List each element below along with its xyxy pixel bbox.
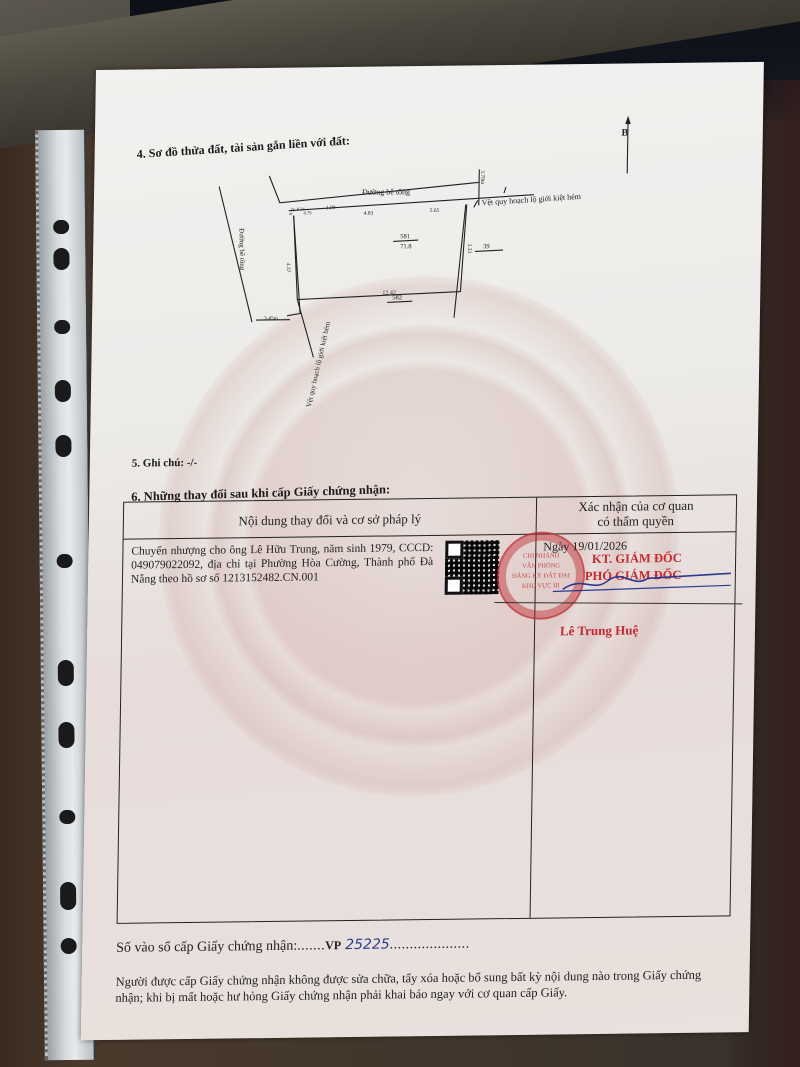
parcel-sketch-map: B Đường bê tông Vệt quy hoạch lộ giới ki… <box>90 62 764 440</box>
registry-label: Số vào sổ cấp Giấy chứng nhận: <box>116 939 297 956</box>
punch-hole <box>54 320 70 334</box>
punch-hole <box>53 220 69 234</box>
signer-name: Lê Trung Huệ <box>560 622 639 639</box>
punch-hole <box>53 248 69 270</box>
dot-leader: ....... <box>297 938 325 953</box>
registry-number-line: Số vào sổ cấp Giấy chứng nhận:.......VP … <box>116 936 470 957</box>
svg-text:4.37: 4.37 <box>285 263 291 273</box>
changes-table: Nội dung thay đổi và cơ sở pháp lý Xác n… <box>117 494 738 924</box>
svg-text:3.45m: 3.45m <box>264 316 279 322</box>
punch-hole <box>58 722 74 748</box>
punch-hole <box>60 882 76 910</box>
column-header-authority-confirmation: Xác nhận của cơ quan có thẩm quyền <box>536 497 736 529</box>
punch-hole <box>59 810 75 824</box>
svg-text:582: 582 <box>392 294 402 301</box>
svg-text:Vệt quy hoạch lộ giới kiệt hẻm: Vệt quy hoạch lộ giới kiệt hẻm <box>305 320 332 407</box>
column-header-change-content: Nội dung thay đổi và cơ sở pháp lý <box>124 510 536 531</box>
land-certificate-page: 4. Sơ đồ thửa đất, tài sản gắn liền với … <box>81 62 764 1040</box>
legal-notice: Người được cấp Giấy chứng nhận không đượ… <box>115 966 725 1005</box>
punch-hole <box>55 435 71 457</box>
svg-text:4.83: 4.83 <box>364 211 374 217</box>
change-entry-text: Chuyển nhượng cho ông Lê Hữu Trung, năm … <box>131 541 434 587</box>
svg-text:1.09: 1.09 <box>326 205 336 211</box>
svg-text:3.33: 3.33 <box>466 243 472 253</box>
svg-text:3.70m: 3.70m <box>479 170 485 185</box>
svg-text:Đường bê tông: Đường bê tông <box>362 187 410 197</box>
svg-text:Vệt quy hoạch lộ giới kiệt hẻm: Vệt quy hoạch lộ giới kiệt hẻm <box>481 192 581 207</box>
svg-text:B: B <box>621 127 628 138</box>
punch-hole <box>58 660 74 686</box>
punch-hole <box>55 380 71 402</box>
registry-number-handwritten: 25225 <box>345 937 390 954</box>
svg-text:Đường bê tông: Đường bê tông <box>237 228 246 271</box>
registry-prefix: VP <box>325 938 341 952</box>
svg-text:39: 39 <box>483 243 490 250</box>
svg-text:0.32: 0.32 <box>288 207 295 216</box>
table-header-divider <box>124 531 736 539</box>
header-line-2: có thẩm quyền <box>536 512 736 529</box>
qr-code-icon <box>445 540 500 595</box>
svg-text:581: 581 <box>400 233 410 240</box>
dot-leader: .................... <box>390 937 470 953</box>
svg-text:0.79: 0.79 <box>304 210 313 215</box>
svg-text:5.65: 5.65 <box>430 208 440 214</box>
section-5-notes: 5. Ghi chú: -/- <box>132 457 198 470</box>
title-line-1: KT. GIÁM ĐỐC <box>585 550 682 568</box>
punch-hole <box>57 554 73 568</box>
punch-hole <box>61 938 77 954</box>
svg-text:71.8: 71.8 <box>400 243 411 250</box>
handwritten-signature <box>553 569 733 595</box>
